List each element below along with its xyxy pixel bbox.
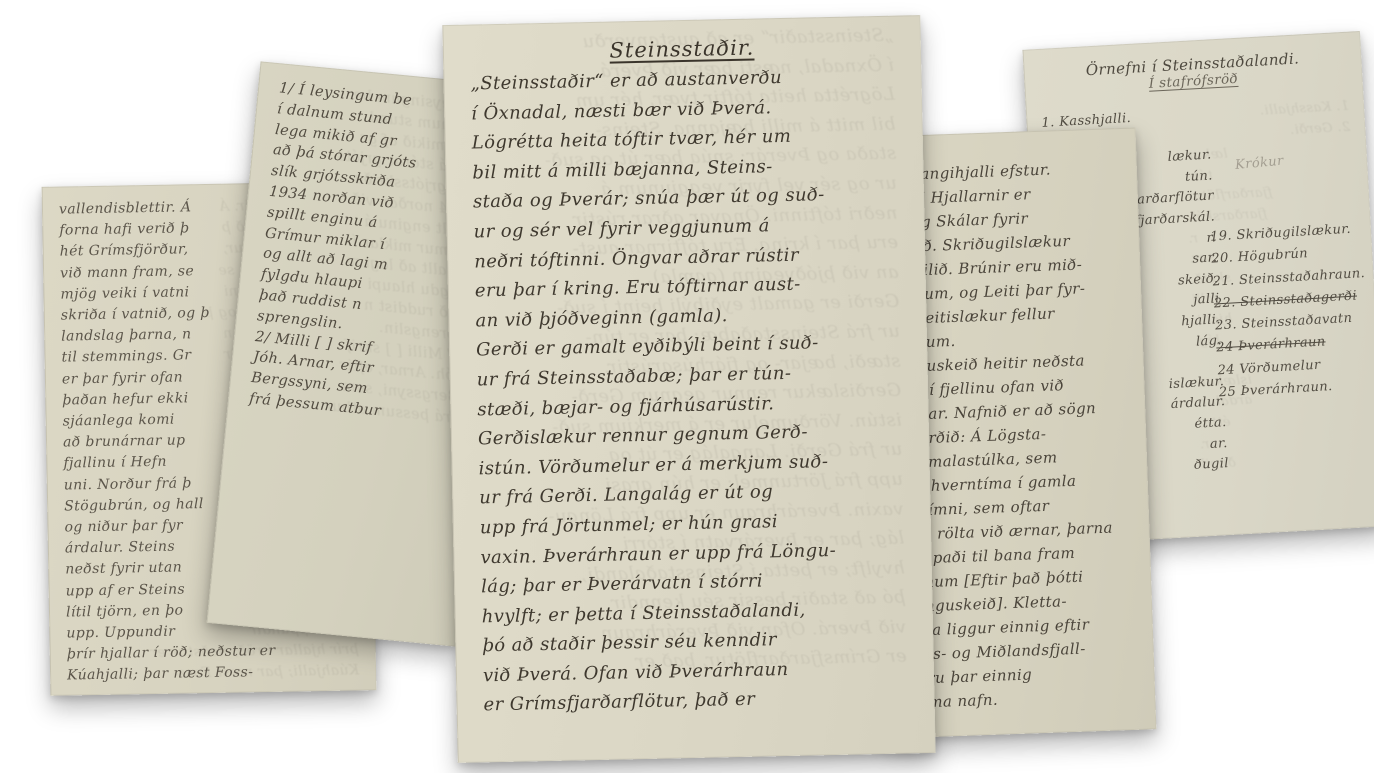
document-scan-canvas: vallendisblettir. Áforna hafi verið þhét… xyxy=(0,0,1374,773)
handwriting-block: „Steinsstaðir“ er að austanverðuí Öxnada… xyxy=(444,56,934,721)
pencil-annotation: Krókur xyxy=(1235,154,1285,173)
manuscript-page-3: „Steinsstaðir“ er að austanverðuí Öxnada… xyxy=(442,15,935,763)
place-name-list-right-column: 19. Skriðugilslækur.20. Högubrún21. Stei… xyxy=(1210,218,1374,405)
handwriting-line: Kúahjalli; þar næst Foss- xyxy=(67,661,375,688)
